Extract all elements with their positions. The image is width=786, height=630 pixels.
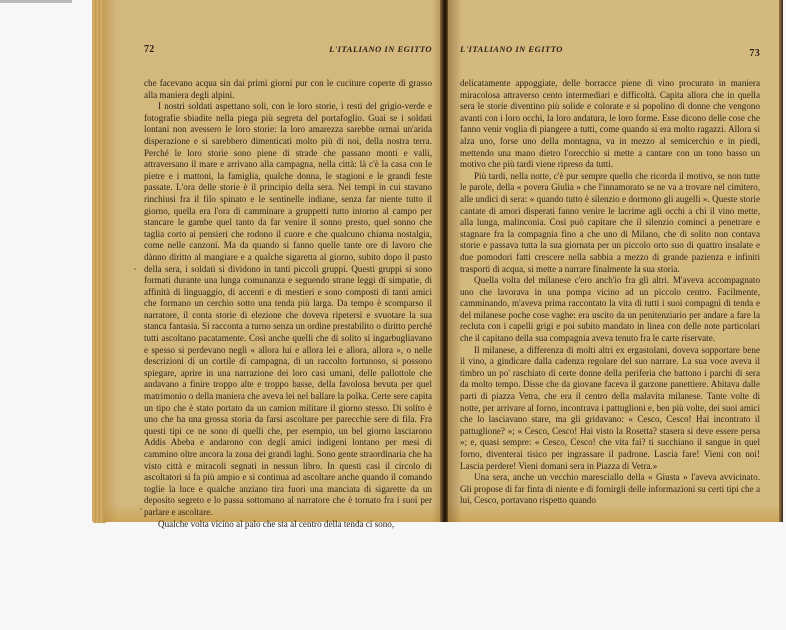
left-page-number: 72 <box>144 44 155 55</box>
paper-speck <box>140 508 142 510</box>
paragraph: Una sera, anche un vecchio maresciallo d… <box>460 472 760 507</box>
right-running-title: L'ITALIANO IN EGITTO <box>460 44 563 54</box>
right-page-edge <box>779 0 783 522</box>
right-page-body: delicatamente appoggiate, delle borracce… <box>460 78 760 507</box>
paper-speck <box>134 268 136 270</box>
left-page-body: che facevano acqua sin dai primi giorni … <box>144 78 432 530</box>
right-page: L'ITALIANO IN EGITTO 73 delicatamente ap… <box>448 0 780 522</box>
right-page-number: 73 <box>749 48 760 59</box>
paragraph: Il milanese, a differenza di molti altri… <box>460 345 760 473</box>
scan-topbar-artifact <box>0 0 72 3</box>
paragraph: che facevano acqua sin dai primi giorni … <box>144 78 432 101</box>
paragraph: Qualche volta vicino al palo che sta al … <box>144 519 432 531</box>
paragraph: Quella volta del milanese c'ero anch'io … <box>460 275 760 345</box>
paragraph: Più tardi, nella notte, c'è pur sempre q… <box>460 171 760 275</box>
paragraph: delicatamente appoggiate, delle borracce… <box>460 78 760 171</box>
left-running-title: L'ITALIANO IN EGITTO <box>329 44 432 54</box>
paragraph: I nostri soldati aspettano soli, con le … <box>144 101 432 518</box>
paper-speck <box>744 246 746 248</box>
left-page: 72 L'ITALIANO IN EGITTO che facevano acq… <box>104 0 442 522</box>
